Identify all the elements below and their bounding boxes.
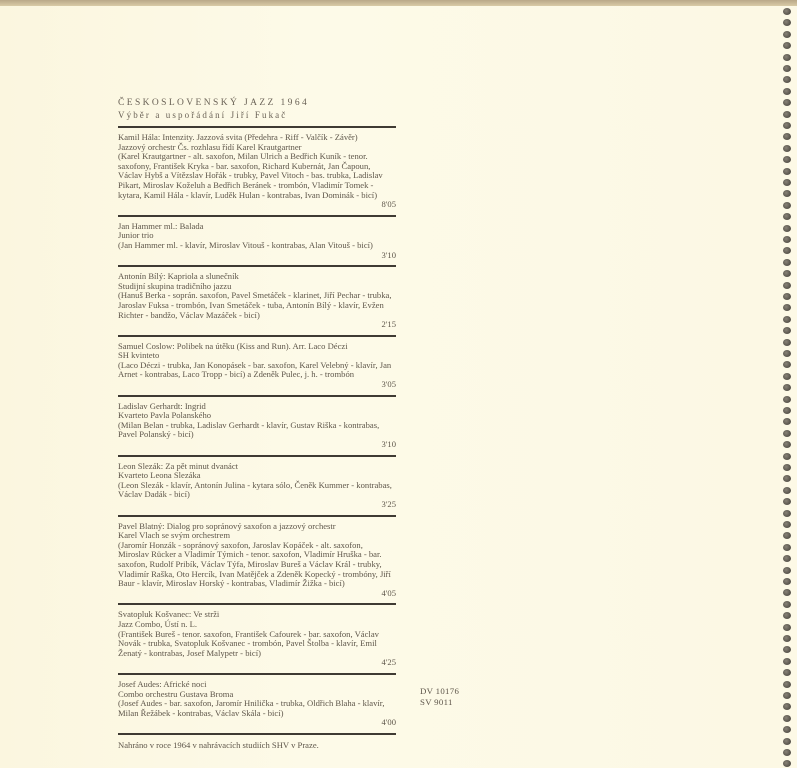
track-duration: 3'10 — [382, 251, 396, 261]
binding-ring — [783, 589, 791, 596]
catalog-numbers: DV 10176 SV 9011 — [420, 686, 459, 708]
binding-ring — [783, 99, 791, 106]
track-personnel: (Karel Krautgartner - alt. saxofon, Mila… — [118, 152, 396, 200]
binding-ring — [783, 669, 791, 676]
binding-ring — [783, 8, 791, 15]
binding-ring — [783, 304, 791, 311]
binding-ring — [783, 76, 791, 83]
binding-ring — [783, 760, 791, 767]
binding-ring — [783, 225, 791, 232]
recording-note: Nahráno v roce 1964 v nahrávacích studií… — [118, 740, 396, 750]
divider — [118, 335, 396, 337]
track-entry: Svatopluk Košvanec: Ve stržiJazz Combo, … — [118, 610, 396, 668]
divider — [118, 215, 396, 217]
divider — [118, 733, 396, 735]
album-title: ČESKOSLOVENSKÝ JAZZ 1964 — [118, 97, 396, 109]
divider — [118, 515, 396, 517]
binding-ring — [783, 658, 791, 665]
binding-ring — [783, 270, 791, 277]
binding-ring — [783, 384, 791, 391]
binding-ring — [783, 327, 791, 334]
binding-ring — [783, 612, 791, 619]
divider — [118, 603, 396, 605]
track-entry: Samuel Coslow: Polibek na útěku (Kiss an… — [118, 342, 396, 390]
binding-ring — [783, 510, 791, 517]
binding-ring — [783, 168, 791, 175]
divider — [118, 395, 396, 397]
binding-ring — [783, 749, 791, 756]
binding-ring — [783, 133, 791, 140]
binding-ring — [783, 293, 791, 300]
catalog-number: SV 9011 — [420, 697, 459, 708]
liner-notes: ČESKOSLOVENSKÝ JAZZ 1964 Výběr a uspořád… — [118, 97, 396, 750]
track-entry: Antonín Bílý: Kapriola a slunečníkStudij… — [118, 272, 396, 330]
binding-ring — [783, 521, 791, 528]
binding-ring — [783, 635, 791, 642]
binding-ring — [783, 681, 791, 688]
track-personnel: (Laco Déczi - trubka, Jan Konopásek - ba… — [118, 361, 396, 380]
track-duration: 3'25 — [382, 500, 396, 510]
binding-ring — [783, 202, 791, 209]
binding-ring — [783, 373, 791, 380]
binding-ring — [783, 555, 791, 562]
track-entry: Pavel Blatný: Dialog pro sopránový saxof… — [118, 522, 396, 599]
divider — [118, 673, 396, 675]
binding-ring — [783, 236, 791, 243]
binding-ring — [783, 453, 791, 460]
binding-ring — [783, 567, 791, 574]
track-duration: 3'10 — [382, 440, 396, 450]
binding-ring — [783, 361, 791, 368]
track-title: Samuel Coslow: Polibek na útěku (Kiss an… — [118, 342, 396, 352]
binding-ring — [783, 396, 791, 403]
track-personnel: (Josef Audes - bar. saxofon, Jaromír Hni… — [118, 699, 396, 718]
binding-ring — [783, 111, 791, 118]
binding-ring — [783, 350, 791, 357]
binding-ring — [783, 122, 791, 129]
binding-ring — [783, 487, 791, 494]
track-entry: Jan Hammer ml.: BaladaJunior trio(Jan Ha… — [118, 222, 396, 260]
catalog-number: DV 10176 — [420, 686, 459, 697]
binding-ring — [783, 316, 791, 323]
track-entry: Josef Audes: Africké nociCombo orchestru… — [118, 680, 396, 728]
track-personnel: (Jan Hammer ml. - klavír, Miroslav Vitou… — [118, 241, 396, 251]
track-duration: 3'05 — [382, 380, 396, 390]
divider — [118, 126, 396, 128]
track-personnel: (Milan Belan - trubka, Ladislav Gerhardt… — [118, 421, 396, 440]
binding-ring — [783, 213, 791, 220]
binding-ring — [783, 247, 791, 254]
binding-ring — [783, 715, 791, 722]
binding-ring — [783, 624, 791, 631]
track-duration: 2'15 — [382, 320, 396, 330]
binding-ring — [783, 601, 791, 608]
binding-ring — [783, 65, 791, 72]
binding-ring — [783, 532, 791, 539]
binding-ring — [783, 156, 791, 163]
track-personnel: (Leon Slezák - klavír, Antonín Julina - … — [118, 481, 396, 500]
track-title: Jan Hammer ml.: Balada — [118, 222, 396, 232]
binding-ring — [783, 692, 791, 699]
binding-ring — [783, 475, 791, 482]
binding-ring — [783, 418, 791, 425]
binding-ring — [783, 31, 791, 38]
track-duration: 4'25 — [382, 658, 396, 668]
binding-ring — [783, 190, 791, 197]
binding-ring — [783, 498, 791, 505]
binding-ring — [783, 407, 791, 414]
binding-ring — [783, 544, 791, 551]
binding-ring — [783, 646, 791, 653]
binding-ring — [783, 54, 791, 61]
track-duration: 8'05 — [382, 200, 396, 210]
binding-ring — [783, 179, 791, 186]
binding-ring — [783, 339, 791, 346]
binding-ring — [783, 726, 791, 733]
track-duration: 4'00 — [382, 718, 396, 728]
binding-ring — [783, 578, 791, 585]
track-duration: 4'05 — [382, 589, 396, 599]
track-list: Kamil Hála: Intenzity. Jazzová svita (Př… — [118, 133, 396, 735]
binding-ring — [783, 703, 791, 710]
track-entry: Ladislav Gerhardt: IngridKvarteto Pavla … — [118, 402, 396, 450]
binding-ring — [783, 441, 791, 448]
binding-ring — [783, 42, 791, 49]
binding-ring — [783, 464, 791, 471]
track-entry: Kamil Hála: Intenzity. Jazzová svita (Př… — [118, 133, 396, 210]
binding-ring — [783, 282, 791, 289]
divider — [118, 455, 396, 457]
track-personnel: (Jaromír Honzák - sopránový saxofon, Jar… — [118, 541, 396, 589]
track-personnel: (František Bureš - tenor. saxofon, Frant… — [118, 630, 396, 659]
binding-ring — [783, 430, 791, 437]
spiral-binding — [779, 0, 797, 768]
binding-ring — [783, 88, 791, 95]
binding-ring — [783, 259, 791, 266]
album-subtitle: Výběr a uspořádání Jiří Fukač — [118, 109, 396, 121]
binding-ring — [783, 145, 791, 152]
binding-ring — [783, 19, 791, 26]
divider — [118, 265, 396, 267]
track-personnel: (Hanuš Berka - soprán. saxofon, Pavel Sm… — [118, 291, 396, 320]
binding-ring — [783, 738, 791, 745]
track-entry: Leon Slezák: Za pět minut dvanáctKvartet… — [118, 462, 396, 510]
